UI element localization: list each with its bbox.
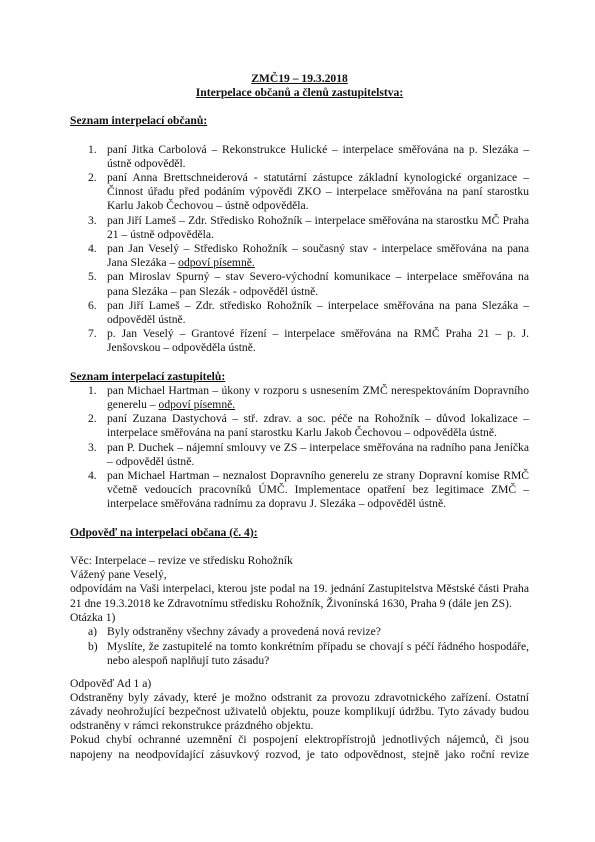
item-text: Byly odstraněny všechny závady a provede…	[107, 625, 381, 638]
list-item: 3.pan P. Duchek – nájemní smlouvy ve ZS …	[70, 441, 529, 469]
item-text: pan Jan Veselý – Středisko Rohožník – so…	[107, 242, 529, 269]
item-text: pan Jiří Lameš – Zdr. středisko Rohožník…	[107, 299, 529, 326]
item-number: 3.	[88, 441, 97, 455]
item-text: paní Anna Brettschneiderová - statutární…	[107, 171, 529, 212]
item-number: 2.	[88, 171, 97, 185]
list-item: 3.pan Jiří Lameš – Zdr. Středisko Rohožn…	[70, 214, 529, 242]
underlined-note: odpoví písemně.	[159, 398, 236, 411]
title-main: Interpelace občanů a členů zastupitelstv…	[70, 86, 529, 100]
answer-intro: odpovídám na Vaši interpelaci, kterou js…	[70, 582, 529, 610]
item-number: 7.	[88, 327, 97, 341]
item-number: 4.	[88, 242, 97, 256]
item-number: a)	[88, 625, 97, 639]
questions-list: a)Byly odstraněny všechny závady a prove…	[70, 625, 529, 669]
item-text: pan Miroslav Spurný – stav Severo-východ…	[107, 270, 529, 297]
item-number: 5.	[88, 270, 97, 284]
list-item: 4.pan Michael Hartman – neznalost Doprav…	[70, 469, 529, 512]
reply-paragraph-2: Pokud chybí ochranné uzemnění či pospoje…	[70, 733, 529, 761]
item-number: b)	[88, 640, 98, 654]
item-text: pan P. Duchek – nájemní smlouvy ve ZS – …	[107, 441, 529, 468]
reply-paragraph-1: Odstraněny byly závady, které je možno o…	[70, 691, 529, 734]
item-number: 1.	[88, 143, 97, 157]
list-item: a)Byly odstraněny všechny závady a prove…	[70, 625, 529, 639]
list-item: 1.paní Jitka Carbolová – Rekonstrukce Hu…	[70, 143, 529, 171]
answer-greeting: Vážený pane Veselý,	[70, 568, 529, 582]
item-text: paní Jitka Carbolová – Rekonstrukce Huli…	[107, 143, 529, 170]
list-item: 2.paní Zuzana Dastychová – stř. zdrav. a…	[70, 412, 529, 440]
answer-heading: Odpověď na interpelaci občana (č. 4):	[70, 526, 529, 540]
item-text: pan Jiří Lameš – Zdr. Středisko Rohožník…	[107, 214, 529, 241]
title-date: ZMČ19 – 19.3.2018	[70, 72, 529, 86]
citizens-list: 1.paní Jitka Carbolová – Rekonstrukce Hu…	[70, 143, 529, 356]
item-number: 3.	[88, 214, 97, 228]
item-number: 2.	[88, 412, 97, 426]
list-item: 2.paní Anna Brettschneiderová - statutár…	[70, 171, 529, 214]
answer-subject: Věc: Interpelace – revize ve středisku R…	[70, 554, 529, 568]
document-header: ZMČ19 – 19.3.2018 Interpelace občanů a č…	[70, 72, 529, 100]
item-text: Myslíte, že zastupitelé na tomto konkrét…	[107, 640, 529, 667]
item-text: pan Michael Hartman – neznalost Dopravní…	[107, 469, 529, 510]
list-item: 6.pan Jiří Lameš – Zdr. středisko Rohožn…	[70, 299, 529, 327]
representatives-heading: Seznam interpelací zastupitelů:	[70, 370, 529, 384]
representatives-list: 1.pan Michael Hartman – úkony v rozporu …	[70, 384, 529, 512]
list-item: b)Myslíte, že zastupitelé na tomto konkr…	[70, 640, 529, 668]
list-item: 4.pan Jan Veselý – Středisko Rohožník – …	[70, 242, 529, 270]
underlined-note: odpoví písemně.	[178, 256, 255, 269]
citizens-heading: Seznam interpelací občanů:	[70, 114, 529, 128]
list-item: 5.pan Miroslav Spurný – stav Severo-vých…	[70, 270, 529, 298]
document-page: ZMČ19 – 19.3.2018 Interpelace občanů a č…	[70, 70, 529, 762]
question-label: Otázka 1)	[70, 611, 529, 625]
item-number: 4.	[88, 469, 97, 483]
item-text: paní Zuzana Dastychová – stř. zdrav. a s…	[107, 412, 529, 439]
list-item: 7.p. Jan Veselý – Grantové řízení – inte…	[70, 327, 529, 355]
item-number: 1.	[88, 384, 97, 398]
list-item: 1.pan Michael Hartman – úkony v rozporu …	[70, 384, 529, 412]
item-number: 6.	[88, 299, 97, 313]
item-text: p. Jan Veselý – Grantové řízení – interp…	[107, 327, 529, 354]
reply-label: Odpověď Ad 1 a)	[70, 677, 529, 691]
